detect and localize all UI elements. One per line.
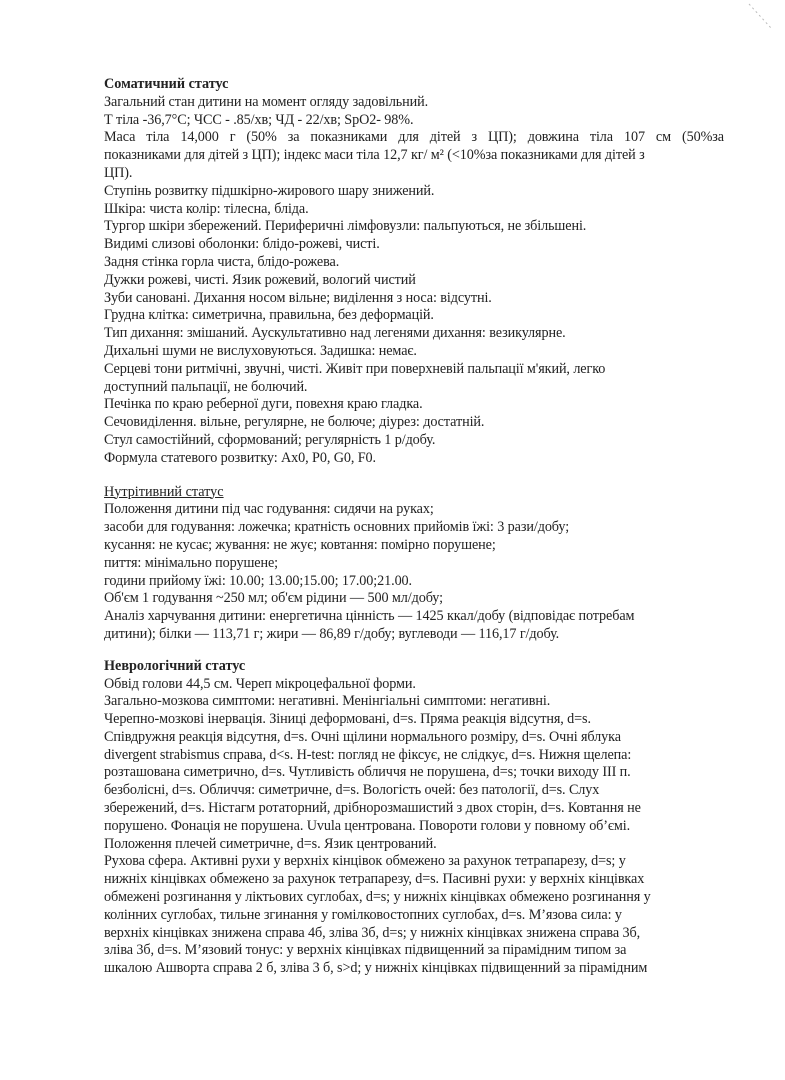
text-line: колінних суглобах, тильне згинання у гом… — [104, 907, 724, 925]
text-line: Загально-мозкова симптоми: негативні. Ме… — [104, 693, 724, 711]
text-line: розташована симетрично, d=s. Чутливість … — [104, 764, 724, 782]
text-line: Стул самостійний, сформований; регулярні… — [104, 432, 724, 450]
nutritive-section: Положення дитини під час годування: сидя… — [104, 501, 724, 643]
text-line: шкалою Ашворта справа 2 б, зліва 3 б, s>… — [104, 960, 724, 978]
text-line: ЦП). — [104, 165, 724, 183]
text-line: Дихальні шуми не вислуховуються. Задишка… — [104, 343, 724, 361]
text-line: показниками для дітей з ЦП); індекс маси… — [104, 147, 724, 165]
text-line: Загальний стан дитини на момент огляду з… — [104, 94, 724, 112]
text-line: Аналіз харчування дитини: енергетична ці… — [104, 608, 724, 626]
text-line: Видимі слизові оболонки: блідо-рожеві, ч… — [104, 236, 724, 254]
text-line: Формула статевого розвитку: Ax0, P0, G0,… — [104, 450, 724, 468]
text-line: Сечовиділення. вільне, регулярне, не бол… — [104, 414, 724, 432]
text-line: зліва 3б, d=s. М’язовий тонус: у верхніх… — [104, 942, 724, 960]
text-line: верхніх кінцівках знижена справа 4б, злі… — [104, 925, 724, 943]
text-line: години прийому їжі: 10.00; 13.00;15.00; … — [104, 573, 724, 591]
text-line: Рухова сфера. Активні рухи у верхніх кін… — [104, 853, 724, 871]
text-line: Об'єм 1 годування ~250 мл; об'єм рідини … — [104, 590, 724, 608]
scan-artifact-icon — [747, 2, 777, 32]
text-line: Шкіра: чиста колір: тілесна, бліда. — [104, 201, 724, 219]
text-line: пиття: мінімально порушене; — [104, 555, 724, 573]
text-line: Тип дихання: змішаний. Аускультативно на… — [104, 325, 724, 343]
text-line: засоби для годування: ложечка; кратність… — [104, 519, 724, 537]
text-line: безболісні, d=s. Обличчя: симетричне, d=… — [104, 782, 724, 800]
text-line: Тургор шкіри збережений. Периферичні лім… — [104, 218, 724, 236]
document-page: Соматичний статус Загальний стан дитини … — [104, 76, 724, 978]
text-line: divergent strabismus справа, d<s. H-test… — [104, 747, 724, 765]
text-line: збережений, d=s. Ністагм ротаторний, дрі… — [104, 800, 724, 818]
text-line: обмежені розгинання у ліктьових суглобах… — [104, 889, 724, 907]
text-line: нижніх кінцівках обмежено за рахунок тет… — [104, 871, 724, 889]
section-title-neurological: Неврологічний статус — [104, 658, 724, 676]
text-line: Дужки рожеві, чисті. Язик рожевий, волог… — [104, 272, 724, 290]
text-line: Черепно-мозкові інервація. Зіниці деформ… — [104, 711, 724, 729]
text-line: Обвід голови 44,5 см. Череп мікроцефальн… — [104, 676, 724, 694]
text-line: Грудна клітка: симетрична, правильна, бе… — [104, 307, 724, 325]
text-line: Задня стінка горла чиста, блідо-рожева. — [104, 254, 724, 272]
neurological-section: Обвід голови 44,5 см. Череп мікроцефальн… — [104, 676, 724, 979]
text-line: доступний пальпації, не болючий. — [104, 379, 724, 397]
text-line: Т тіла -36,7°С; ЧСС - .85/хв; ЧД - 22/хв… — [104, 112, 724, 130]
text-line: Положення дитини під час годування: сидя… — [104, 501, 724, 519]
text-line: кусання: не кусає; жування: не жує; ковт… — [104, 537, 724, 555]
text-line: Маса тіла 14,000 г (50% за показниками д… — [104, 129, 724, 147]
text-line: порушено. Фонація не порушена. Uvula цен… — [104, 818, 724, 836]
text-line: Ступінь розвитку підшкірно-жирового шару… — [104, 183, 724, 201]
somatic-section: Загальний стан дитини на момент огляду з… — [104, 94, 724, 468]
text-line: Зуби сановані. Дихання носом вільне; вид… — [104, 290, 724, 308]
text-line: Співдружня реакція відсутня, d=s. Очні щ… — [104, 729, 724, 747]
section-title-nutritive: Нутрітивний статус — [104, 484, 724, 502]
text-line: дитини); білки — 113,71 г; жири — 86,89 … — [104, 626, 724, 644]
text-line: Положення плечей симетричне, d=s. Язик ц… — [104, 836, 724, 854]
text-line: Серцеві тони ритмічні, звучні, чисті. Жи… — [104, 361, 724, 379]
section-title-somatic: Соматичний статус — [104, 76, 724, 94]
text-line: Печінка по краю реберної дуги, повехня к… — [104, 396, 724, 414]
